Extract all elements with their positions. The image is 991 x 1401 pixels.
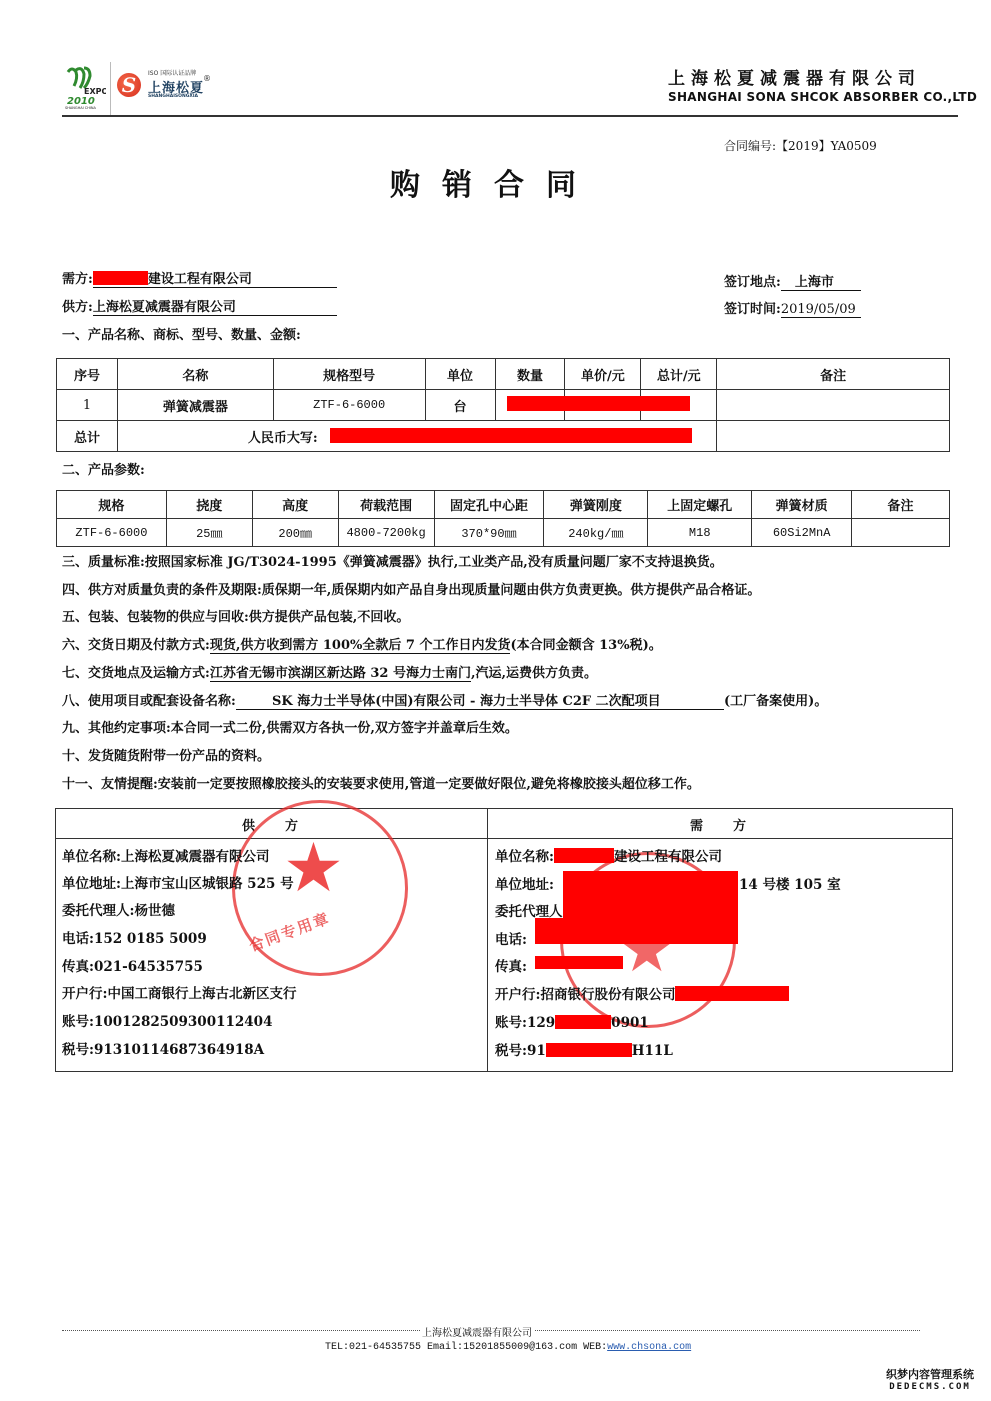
- buyer-heading: 需方: [690, 815, 776, 834]
- clause-documents: 十、发货随货附带一份产品的资料。: [62, 745, 270, 764]
- param-stiffness: 240kg/㎜: [544, 519, 648, 547]
- svg-text:SHANGHAI CHINA: SHANGHAI CHINA: [65, 106, 96, 110]
- supplier-tax: 91310114687364918A: [94, 1042, 264, 1058]
- buyer-address: 14 号楼 105 室: [739, 873, 841, 893]
- param-remark: [852, 519, 950, 547]
- header-unit: 单位: [425, 359, 495, 390]
- param-header-remark: 备注: [852, 491, 950, 519]
- buyer-phone-label: 电话:: [495, 928, 527, 948]
- label: 账号:: [495, 1015, 527, 1031]
- clause-suffix: (本合同金额含 13%税)。: [510, 638, 661, 653]
- product-table-header: 序号 名称 规格型号 单位 数量 单价/元 总计/元 备注: [57, 359, 950, 390]
- param-spec: ZTF-6-6000: [57, 519, 167, 547]
- buyer-bank: 招商银行股份有限公司: [540, 987, 675, 1003]
- contract-number: 合同编号:【2019】YA0509: [724, 137, 877, 154]
- param-header-spec: 规格: [57, 491, 167, 519]
- tel-value: 021-64535755: [349, 1342, 421, 1353]
- supplier-bank: 中国工商银行上海古北新区支行: [107, 986, 296, 1002]
- sign-time-label: 签订时间:: [724, 302, 781, 317]
- label: 委托代理人:: [62, 903, 134, 919]
- buyer-value-field: 建设工程有限公司: [93, 268, 337, 288]
- param-height: 200㎜: [252, 519, 338, 547]
- buyer-tax-line: 税号:91H11L: [495, 1039, 673, 1059]
- buyer-account-suffix: 0901: [611, 1015, 649, 1031]
- company-name-cn: 上海松夏减震器有限公司: [668, 64, 921, 89]
- clause-delivery-payment: 六、交货日期及付款方式: 现货,供方收到需方 100%全款后 7 个工作日内发货…: [62, 634, 662, 654]
- header-rule: [62, 115, 958, 117]
- sign-place-value: 上海市: [781, 271, 861, 291]
- brand-pinyin: SHANGHAISONGXIA: [148, 94, 198, 99]
- total-caps-label: 人民币大写:: [248, 431, 318, 446]
- clause-underlined-value: SK 海力士半导体(中国)有限公司 - 海力士半导体 C2F 二次配项目: [236, 690, 724, 710]
- seller-label: 供方:: [62, 300, 93, 315]
- web-label: WEB:: [583, 1342, 607, 1353]
- total-label: 总计: [57, 421, 118, 452]
- redaction-buyer-agent: [563, 900, 738, 920]
- header-qty: 数量: [495, 359, 565, 390]
- supplier-bank-line: 开户行:中国工商银行上海古北新区支行: [62, 982, 296, 1002]
- footer-company: 上海松夏减震器有限公司: [420, 1324, 534, 1339]
- watermark-en: DEDECMS.COM: [876, 1382, 984, 1392]
- expo-2010-logo: EXPO 2010 SHANGHAI CHINA: [64, 64, 106, 110]
- label: 开户行:: [495, 987, 540, 1003]
- buyer-fax-label: 传真:: [495, 955, 527, 975]
- label: 单位名称:: [495, 849, 554, 865]
- buyer-agent-label: 委托代理人: [495, 900, 563, 920]
- parameter-table-header: 规格 挠度 高度 荷载范围 固定孔中心距 弹簧刚度 上固定螺孔 弹簧材质 备注: [57, 491, 950, 519]
- clause-prefix: 八、使用项目或配套设备名称:: [62, 694, 236, 709]
- clause-underlined-value: 现货,供方收到需方 100%全款后 7 个工作日内发货: [210, 634, 511, 654]
- redaction-total-caps: [330, 428, 692, 443]
- sign-time-line: 签订时间:2019/05/09: [724, 298, 861, 318]
- watermark-cn: 织梦内容管理系统: [876, 1366, 984, 1382]
- party-head-rule: [55, 838, 953, 839]
- supplier-name-line: 单位名称:上海松夏减震器有限公司: [62, 845, 269, 865]
- party-divider: [487, 808, 488, 1072]
- clause-packaging: 五、包装、包装物的供应与回收:供方提供产品包装,不回收。: [62, 606, 409, 625]
- buyer-name-line: 单位名称:建设工程有限公司: [495, 845, 722, 865]
- website-link[interactable]: www.chsona.com: [607, 1342, 691, 1353]
- section1-title: 一、产品名称、商标、型号、数量、金额:: [62, 324, 301, 343]
- contract-number-label: 合同编号:: [724, 139, 776, 153]
- param-load: 4800-7200kg: [338, 519, 434, 547]
- email-label: Email:: [427, 1342, 463, 1353]
- seller-value: 上海松夏减震器有限公司: [93, 296, 337, 316]
- param-material: 60Si2MnA: [752, 519, 852, 547]
- redaction-buyer-fax: [535, 956, 623, 969]
- supplier-phone-line: 电话:152 0185 5009: [62, 927, 207, 947]
- label: 开户行:: [62, 986, 107, 1002]
- label: 税号:: [495, 1043, 527, 1059]
- buyer-tax-prefix: 91: [527, 1043, 546, 1059]
- sona-logo-s: S: [117, 71, 141, 99]
- label: 传真:: [62, 959, 94, 975]
- buyer-value: 建设工程有限公司: [148, 272, 252, 287]
- cell-no: 1: [57, 390, 118, 421]
- label: 单位地址:: [495, 877, 554, 893]
- clause-prefix: 七、交货地点及运输方式:: [62, 666, 210, 681]
- company-name-en: SHANGHAI SONA SHCOK ABSORBER CO.,LTD: [668, 90, 977, 104]
- header-name: 名称: [117, 359, 273, 390]
- parameter-table: 规格 挠度 高度 荷载范围 固定孔中心距 弹簧刚度 上固定螺孔 弹簧材质 备注 …: [56, 490, 950, 547]
- dedecms-watermark: 织梦内容管理系统 DEDECMS.COM: [876, 1366, 984, 1392]
- redaction-qty-price-total: [507, 396, 690, 411]
- header-price: 单价/元: [565, 359, 641, 390]
- buyer-address-line: 单位地址:: [495, 873, 554, 893]
- buyer-account-prefix: 129: [527, 1015, 555, 1031]
- contract-number-value: 【2019】YA0509: [776, 139, 877, 153]
- param-header-material: 弹簧材质: [752, 491, 852, 519]
- param-bolt: M18: [648, 519, 752, 547]
- redaction: [93, 271, 148, 285]
- cell-name: 弹簧减震器: [117, 390, 273, 421]
- clause-suffix: (工厂备案使用)。: [724, 694, 827, 709]
- clause-other: 九、其他约定事项:本合同一式二份,供需双方各执一份,双方签字并盖章后生效。: [62, 717, 518, 736]
- param-hole-distance: 370*90㎜: [434, 519, 544, 547]
- total-remark: [717, 421, 950, 452]
- param-header-height: 高度: [252, 491, 338, 519]
- param-header-deflection: 挠度: [166, 491, 252, 519]
- clause-warranty: 四、供方对质量负责的条件及期限:质保期一年,质保期内如产品自身出现质量问题由供方…: [62, 579, 760, 598]
- section2-title: 二、产品参数:: [62, 459, 145, 478]
- seal-star-icon: ★: [283, 835, 344, 903]
- buyer-account-line: 账号:1290901: [495, 1011, 649, 1031]
- param-header-bolt: 上固定螺孔: [648, 491, 752, 519]
- cell-unit: 台: [425, 390, 495, 421]
- buyer-tax-suffix: H11L: [632, 1043, 673, 1059]
- supplier-address-line: 单位地址:上海市宝山区城银路 525 号: [62, 872, 294, 892]
- label: 单位地址:: [62, 876, 121, 892]
- document-title: 购销合同: [390, 160, 598, 204]
- table-row: ZTF-6-6000 25㎜ 200㎜ 4800-7200kg 370*90㎜ …: [57, 519, 950, 547]
- supplier-phone: 152 0185 5009: [94, 931, 207, 947]
- footer-contact: TEL:021-64535755 Email:15201855009@163.c…: [325, 1342, 691, 1353]
- clause-project: 八、使用项目或配套设备名称: SK 海力士半导体(中国)有限公司 - 海力士半导…: [62, 690, 827, 710]
- clause-quality-standard: 三、质量标准:按照国家标准 JG/T3024-1995《弹簧减震器》执行,工业类…: [62, 551, 723, 570]
- supplier-agent-line: 委托代理人:杨世德: [62, 899, 175, 919]
- clause-delivery-place: 七、交货地点及运输方式: 江苏省无锡市滨湖区新达路 32 号海力士南门 ,汽运,…: [62, 662, 597, 682]
- clause-prefix: 六、交货日期及付款方式:: [62, 638, 210, 653]
- supplier-fax-line: 传真:021-64535755: [62, 955, 203, 975]
- sign-place-line: 签订地点:上海市: [724, 271, 861, 291]
- registered-mark: ®: [203, 74, 211, 83]
- param-deflection: 25㎜: [166, 519, 252, 547]
- label: 税号:: [62, 1042, 94, 1058]
- supplier-address: 上海市宝山区城银路 525 号: [121, 876, 294, 892]
- seal-text: 合同专用章: [246, 907, 333, 956]
- buyer-name: 建设工程有限公司: [614, 849, 722, 865]
- header-model: 规格型号: [273, 359, 425, 390]
- supplier-account-line: 账号:1001282509300112404: [62, 1010, 272, 1030]
- sign-place-label: 签订地点:: [724, 275, 781, 290]
- buyer-line: 需方:建设工程有限公司: [62, 268, 337, 288]
- logo-divider: [110, 62, 111, 116]
- supplier-name: 上海松夏减震器有限公司: [121, 849, 270, 865]
- supplier-fax: 021-64535755: [94, 959, 203, 975]
- supplier-account: 1001282509300112404: [94, 1014, 272, 1030]
- redaction: [554, 848, 614, 863]
- supplier-agent: 杨世德: [134, 903, 175, 919]
- table-row: 1 弹簧减震器 ZTF-6-6000 台: [57, 390, 950, 421]
- buyer-label: 需方:: [62, 272, 93, 287]
- supplier-tax-line: 税号:91310114687364918A: [62, 1038, 264, 1058]
- brand-iso-label: ISO 国际认证品牌: [148, 68, 196, 77]
- tel-label: TEL:: [325, 1342, 349, 1353]
- param-header-load: 荷载范围: [338, 491, 434, 519]
- redaction: [546, 1043, 632, 1057]
- header-no: 序号: [57, 359, 118, 390]
- header-remark: 备注: [717, 359, 950, 390]
- clause-reminder: 十一、友情提醒:安装前一定要按照橡胶接头的安装要求使用,管道一定要做好限位,避免…: [62, 773, 700, 792]
- redaction-buyer-phone: [535, 918, 738, 944]
- header-total: 总计/元: [641, 359, 717, 390]
- redaction: [675, 986, 789, 1001]
- label: 电话:: [62, 931, 94, 947]
- svg-text:EXPO: EXPO: [84, 87, 106, 96]
- label: 单位名称:: [62, 849, 121, 865]
- email-value: 15201855009@163.com: [463, 1342, 577, 1353]
- label: 账号:: [62, 1014, 94, 1030]
- param-header-hole-distance: 固定孔中心距: [434, 491, 544, 519]
- clause-suffix: ,汽运,运费供方负责。: [471, 666, 597, 681]
- cell-model: ZTF-6-6000: [273, 390, 425, 421]
- cell-remark: [717, 390, 950, 421]
- param-header-stiffness: 弹簧刚度: [544, 491, 648, 519]
- clause-underlined-value: 江苏省无锡市滨湖区新达路 32 号海力士南门: [210, 662, 471, 682]
- sign-time-value: 2019/05/09: [781, 302, 861, 318]
- redaction: [555, 1015, 611, 1029]
- seller-line: 供方:上海松夏减震器有限公司: [62, 296, 337, 316]
- buyer-bank-line: 开户行:招商银行股份有限公司: [495, 983, 789, 1003]
